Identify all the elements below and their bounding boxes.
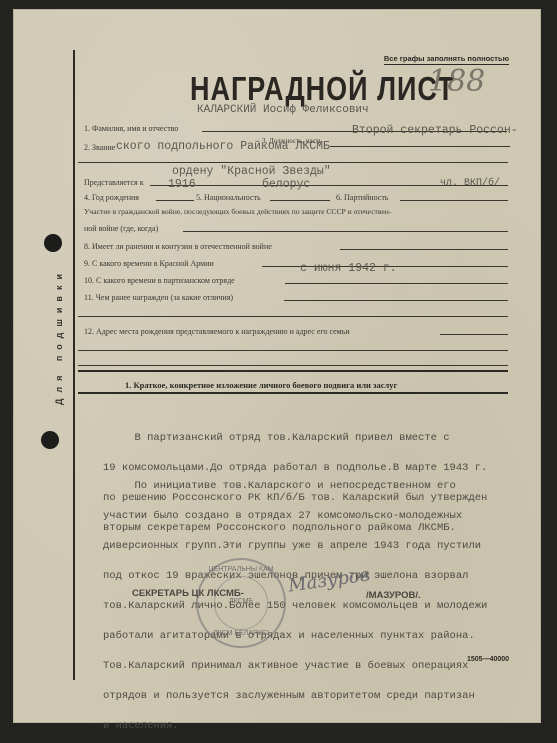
- paragraph-2-line: диверсионных групп.Эти группы уже в апре…: [103, 541, 487, 551]
- paragraph-2-line: и населения.: [103, 721, 487, 731]
- field-8-label: 8. Имеет ли ранения и контузии в отечест…: [84, 242, 272, 251]
- presented-label: Представляется к: [84, 178, 144, 187]
- field-12-line: [440, 334, 508, 335]
- stamp-top-text: ЦЕНТРАЛЬНЫ КАМ: [198, 566, 284, 573]
- paragraph-1-line: В партизанский отряд тов.Каларский приве…: [103, 433, 487, 443]
- field-10-line: [285, 283, 508, 284]
- section-heading: 1. Краткое, конкретное изложение личного…: [125, 380, 397, 390]
- paragraph-2-line: работали агитаторами в отрядах и населен…: [103, 631, 487, 641]
- section-divider: [78, 370, 508, 372]
- nationality-value: белорус: [262, 178, 310, 191]
- field-5-label: 5. Национальность: [196, 193, 261, 202]
- punch-hole-bottom: [41, 431, 59, 449]
- paragraph-2-line: тов.Каларский лично.Более 150 человек ко…: [103, 601, 487, 611]
- handwritten-number: 188: [428, 64, 485, 99]
- field-4-line: [156, 200, 194, 201]
- field-11-line: [284, 300, 508, 301]
- field-7-label-2: ной войне (где, когда): [84, 224, 158, 233]
- party-value: чл. ВКП/б/: [440, 178, 500, 189]
- field-2-label: 2. Звание: [84, 143, 115, 152]
- section-heading-underline: [78, 392, 508, 394]
- paragraph-2-line: участии было создано в отрядах 27 комсом…: [103, 511, 487, 521]
- field-9-label: 9. С какого времени в Красной Армии: [84, 259, 214, 268]
- field-8-line: [340, 249, 508, 250]
- award-value: ордену "Красной Звезды": [172, 165, 331, 178]
- field-9-value: с июня 1942 г.: [300, 262, 397, 275]
- merit-paragraph-2: По инициативе тов.Каларского и непосредс…: [103, 461, 487, 741]
- official-stamp: ЦЕНТРАЛЬНЫ КАМ ЛКСМБ ЛКСМ БЕЛАРУСІ: [196, 558, 286, 648]
- punch-hole-top: [44, 234, 62, 252]
- stamp-center-text: ЛКСМБ: [198, 598, 284, 605]
- stamp-bottom-text: ЛКСМ БЕЛАРУСІ: [198, 630, 284, 637]
- field-12-label: 12. Адрес места рождения представляемого…: [84, 327, 350, 336]
- field-12-line-3: [78, 365, 508, 366]
- binding-margin-line: [73, 50, 75, 680]
- margin-binding-label: Для подшивки: [54, 268, 66, 405]
- paragraph-2-line: отрядов и пользуется заслуженным авторит…: [103, 691, 487, 701]
- field-7-label: Участие в гражданской войне, последующих…: [84, 207, 391, 216]
- field-11-line-2: [78, 316, 508, 317]
- field-3-value-line2: ского подпольного Райкома ЛКСМБ: [116, 140, 330, 153]
- field-1-label: 1. Фамилия, имя и отчество: [84, 124, 178, 133]
- field-11-label: 11. Чем ранее награжден (за какие отличи…: [84, 293, 233, 302]
- page-title: НАГРАДНОЙ ЛИСТ: [190, 70, 455, 109]
- field-3-value-line1: Второй секретарь Россон-: [352, 124, 518, 137]
- field-5-line: [270, 200, 330, 201]
- paragraph-2-line: По инициативе тов.Каларского и непосредс…: [103, 481, 487, 491]
- field-7-line: [183, 231, 508, 232]
- field-3-line-2: [78, 162, 508, 163]
- field-12-line-2: [78, 350, 508, 351]
- birth-year-value: 1916: [168, 178, 196, 191]
- print-run-code: 1505—40000: [467, 656, 509, 663]
- field-4-label: 4. Год рождения: [84, 193, 139, 202]
- field-3-line: [330, 146, 510, 147]
- signatory-title: СЕКРЕТАРЬ ЦК ЛКСМБ-: [132, 588, 244, 599]
- field-6-label: 6. Партийность: [336, 193, 388, 202]
- field-6-line: [400, 200, 508, 201]
- typed-full-name: КАЛАРСКИЙ Иосиф Феликсович: [197, 104, 369, 116]
- paragraph-2-line: Тов.Каларский принимал активное участие …: [103, 661, 487, 671]
- field-10-label: 10. С какого времени в партизанском отря…: [84, 276, 235, 285]
- signatory-name: /МАЗУРОВ/.: [366, 590, 421, 601]
